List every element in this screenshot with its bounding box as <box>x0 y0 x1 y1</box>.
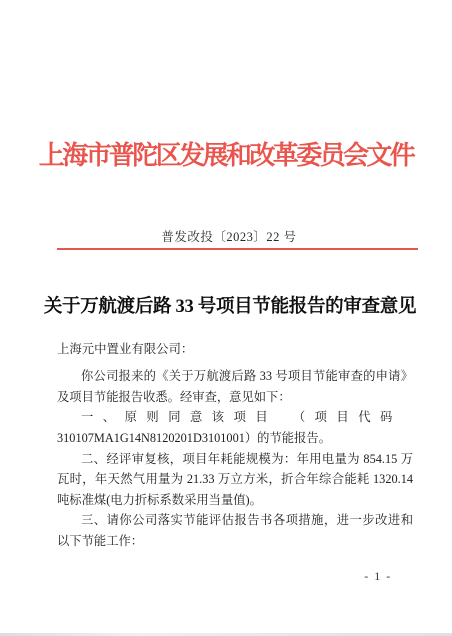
body-line: 吨标准煤(电力折标系数采用当量值)。 <box>57 490 413 511</box>
document-title: 关于万航渡后路 33 号项目节能报告的审查意见 <box>0 292 452 318</box>
body-line: 瓦时，年天然气用量为 21.33 万立方米，折合年综合能耗 1320.14 <box>57 469 413 490</box>
red-divider-line <box>57 248 418 250</box>
body-line: 二、经评审复核，项目年耗能规模为：年用电量为 854.15 万千 <box>57 449 413 470</box>
document-page: 上海市普陀区发展和改革委员会文件 普发改投〔2023〕22 号 关于万航渡后路 … <box>0 0 452 636</box>
document-body: 你公司报来的《关于万航渡后路 33 号项目节能审查的申请》以 及项目节能报告收悉… <box>57 366 413 552</box>
page-number: - 1 - <box>352 569 404 584</box>
body-line: 及项目节能报告收悉。经审查，意见如下： <box>57 387 413 408</box>
body-line: 310107MA1G14N8120201D3101001）的节能报告。 <box>57 428 413 449</box>
body-line: 以下节能工作： <box>57 531 413 552</box>
body-line: 你公司报来的《关于万航渡后路 33 号项目节能审查的申请》以 <box>57 366 413 387</box>
body-line: 三、请你公司落实节能评估报告书各项措施，进一步改进和加强 <box>57 510 413 531</box>
agency-header-title: 上海市普陀区发展和改革委员会文件 <box>0 135 452 172</box>
salutation: 上海元中置业有限公司： <box>57 339 193 357</box>
body-line: 一、原则同意该项目 （项目代码 <box>57 407 413 428</box>
document-number: 普发改投〔2023〕22 号 <box>0 227 452 245</box>
